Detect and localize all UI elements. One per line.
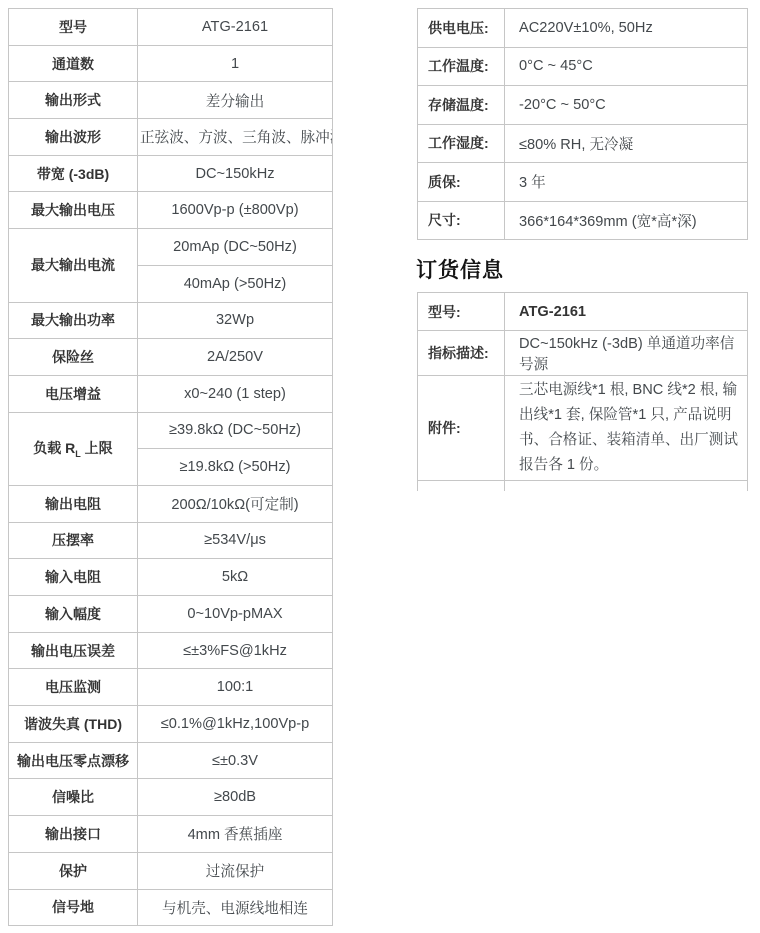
env-row: 工作温度: 0°C ~ 45°C bbox=[418, 47, 748, 86]
spec-label: 电压监测 bbox=[9, 669, 138, 706]
spec-row: 输入幅度 0~10Vp-pMAX bbox=[9, 596, 333, 633]
spec-label: 输出电压零点漂移 bbox=[9, 742, 138, 779]
spec-label: 电压增益 bbox=[9, 375, 138, 412]
spec-value: 4mm 香蕉插座 bbox=[138, 816, 333, 853]
env-row: 质保: 3 年 bbox=[418, 163, 748, 202]
env-label: 质保: bbox=[418, 163, 505, 202]
order-table: 型号: ATG-2161 指标描述: DC~150kHz (-3dB) 单通道功… bbox=[417, 292, 748, 491]
order-row: 附件: 三芯电源线*1 根, BNC 线*2 根, 输出线*1 套, 保险管*1… bbox=[418, 376, 748, 481]
spec-label-text: 负载 R bbox=[33, 440, 75, 456]
env-row: 供电电压: AC220V±10%, 50Hz bbox=[418, 9, 748, 48]
env-value: -20°C ~ 50°C bbox=[505, 86, 748, 125]
spec-label: 信噪比 bbox=[9, 779, 138, 816]
spec-row: 输出形式 差分输出 bbox=[9, 82, 333, 119]
order-row: 型号: ATG-2161 bbox=[418, 293, 748, 331]
spec-row: 通道数 1 bbox=[9, 45, 333, 82]
spec-value: 0~10Vp-pMAX bbox=[138, 596, 333, 633]
spec-label: 压摆率 bbox=[9, 522, 138, 559]
spec-label: 输出电压误差 bbox=[9, 632, 138, 669]
order-value: ATG-2161 bbox=[505, 293, 748, 331]
spec-row: 型号 ATG-2161 bbox=[9, 9, 333, 46]
spec-row: 带宽 (-3dB) DC~150kHz bbox=[9, 155, 333, 192]
spec-value: 2A/250V bbox=[138, 339, 333, 376]
env-value: ≤80% RH, 无冷凝 bbox=[505, 124, 748, 163]
spec-value: 100:1 bbox=[138, 669, 333, 706]
spec-label: 最大输出电压 bbox=[9, 192, 138, 229]
order-row-partial bbox=[418, 481, 748, 491]
env-row: 尺寸: 366*164*369mm (宽*高*深) bbox=[418, 201, 748, 240]
spec-row: 输出电压误差 ≤±3%FS@1kHz bbox=[9, 632, 333, 669]
spec-value: 1600Vp-p (±800Vp) bbox=[138, 192, 333, 229]
spec-row: 信噪比 ≥80dB bbox=[9, 779, 333, 816]
spec-label: 最大输出功率 bbox=[9, 302, 138, 339]
order-partial-cell bbox=[505, 481, 748, 491]
spec-label: 负载 RL 上限 bbox=[9, 412, 138, 485]
spec-row: 最大输出电流 20mAp (DC~50Hz) bbox=[9, 229, 333, 266]
spec-row: 负载 RL 上限 ≥39.8kΩ (DC~50Hz) bbox=[9, 412, 333, 449]
spec-row: 输入电阻 5kΩ bbox=[9, 559, 333, 596]
env-table: 供电电压: AC220V±10%, 50Hz 工作温度: 0°C ~ 45°C … bbox=[417, 8, 748, 240]
spec-value: 1 bbox=[138, 45, 333, 82]
order-info-heading: 订货信息 bbox=[416, 254, 504, 284]
env-label: 尺寸: bbox=[418, 201, 505, 240]
spec-row: 输出接口 4mm 香蕉插座 bbox=[9, 816, 333, 853]
spec-value: 过流保护 bbox=[138, 852, 333, 889]
spec-row: 信号地 与机壳、电源线地相连 bbox=[9, 889, 333, 926]
spec-row: 输出波形 正弦波、方波、三角波、脉冲波 bbox=[9, 119, 333, 156]
order-partial-cell bbox=[418, 481, 505, 491]
env-row: 工作湿度: ≤80% RH, 无冷凝 bbox=[418, 124, 748, 163]
spec-row: 输出电阻 200Ω/10kΩ(可定制) bbox=[9, 485, 333, 522]
env-value: AC220V±10%, 50Hz bbox=[505, 9, 748, 48]
spec-value: 32Wp bbox=[138, 302, 333, 339]
order-value: DC~150kHz (-3dB) 单通道功率信号源 bbox=[505, 331, 748, 376]
spec-value: DC~150kHz bbox=[138, 155, 333, 192]
spec-row: 谐波失真 (THD) ≤0.1%@1kHz,100Vp-p bbox=[9, 706, 333, 743]
spec-row: 最大输出功率 32Wp bbox=[9, 302, 333, 339]
env-label: 供电电压: bbox=[418, 9, 505, 48]
spec-label: 输出电阻 bbox=[9, 485, 138, 522]
spec-value: ≥39.8kΩ (DC~50Hz) bbox=[138, 412, 333, 449]
env-value: 0°C ~ 45°C bbox=[505, 47, 748, 86]
spec-value: 40mAp (>50Hz) bbox=[138, 265, 333, 302]
spec-row: 保险丝 2A/250V bbox=[9, 339, 333, 376]
spec-label: 输出形式 bbox=[9, 82, 138, 119]
spec-value: ≥80dB bbox=[138, 779, 333, 816]
order-label: 附件: bbox=[418, 376, 505, 481]
spec-value: ≤±3%FS@1kHz bbox=[138, 632, 333, 669]
spec-value: 差分输出 bbox=[138, 82, 333, 119]
env-label: 工作温度: bbox=[418, 47, 505, 86]
spec-value: ≥534V/μs bbox=[138, 522, 333, 559]
spec-label: 输入幅度 bbox=[9, 596, 138, 633]
spec-row: 电压监测 100:1 bbox=[9, 669, 333, 706]
spec-label: 输出波形 bbox=[9, 119, 138, 156]
spec-label: 保险丝 bbox=[9, 339, 138, 376]
spec-value: 5kΩ bbox=[138, 559, 333, 596]
spec-label: 通道数 bbox=[9, 45, 138, 82]
spec-label: 带宽 (-3dB) bbox=[9, 155, 138, 192]
env-label: 工作湿度: bbox=[418, 124, 505, 163]
spec-label: 输出接口 bbox=[9, 816, 138, 853]
spec-label: 最大输出电流 bbox=[9, 229, 138, 302]
spec-value: 正弦波、方波、三角波、脉冲波 bbox=[138, 119, 333, 156]
spec-row: 最大输出电压 1600Vp-p (±800Vp) bbox=[9, 192, 333, 229]
spec-label: 谐波失真 (THD) bbox=[9, 706, 138, 743]
spec-label-text: 上限 bbox=[81, 440, 113, 456]
spec-label: 型号 bbox=[9, 9, 138, 46]
order-row: 指标描述: DC~150kHz (-3dB) 单通道功率信号源 bbox=[418, 331, 748, 376]
spec-label: 信号地 bbox=[9, 889, 138, 926]
order-label: 指标描述: bbox=[418, 331, 505, 376]
spec-table: 型号 ATG-2161 通道数 1 输出形式 差分输出 输出波形 正弦波、方波、… bbox=[8, 8, 333, 926]
order-label: 型号: bbox=[418, 293, 505, 331]
spec-row: 电压增益 x0~240 (1 step) bbox=[9, 375, 333, 412]
spec-row: 压摆率 ≥534V/μs bbox=[9, 522, 333, 559]
spec-value: ≤±0.3V bbox=[138, 742, 333, 779]
env-label: 存储温度: bbox=[418, 86, 505, 125]
spec-value: x0~240 (1 step) bbox=[138, 375, 333, 412]
spec-value: ATG-2161 bbox=[138, 9, 333, 46]
env-value: 366*164*369mm (宽*高*深) bbox=[505, 201, 748, 240]
spec-value: 20mAp (DC~50Hz) bbox=[138, 229, 333, 266]
env-row: 存储温度: -20°C ~ 50°C bbox=[418, 86, 748, 125]
spec-row: 保护 过流保护 bbox=[9, 852, 333, 889]
spec-value: 200Ω/10kΩ(可定制) bbox=[138, 485, 333, 522]
spec-row: 输出电压零点漂移 ≤±0.3V bbox=[9, 742, 333, 779]
spec-label: 输入电阻 bbox=[9, 559, 138, 596]
spec-value: 与机壳、电源线地相连 bbox=[138, 889, 333, 926]
spec-value: ≤0.1%@1kHz,100Vp-p bbox=[138, 706, 333, 743]
spec-value: ≥19.8kΩ (>50Hz) bbox=[138, 449, 333, 486]
order-value: 三芯电源线*1 根, BNC 线*2 根, 输出线*1 套, 保险管*1 只, … bbox=[505, 376, 748, 481]
spec-label: 保护 bbox=[9, 852, 138, 889]
env-value: 3 年 bbox=[505, 163, 748, 202]
